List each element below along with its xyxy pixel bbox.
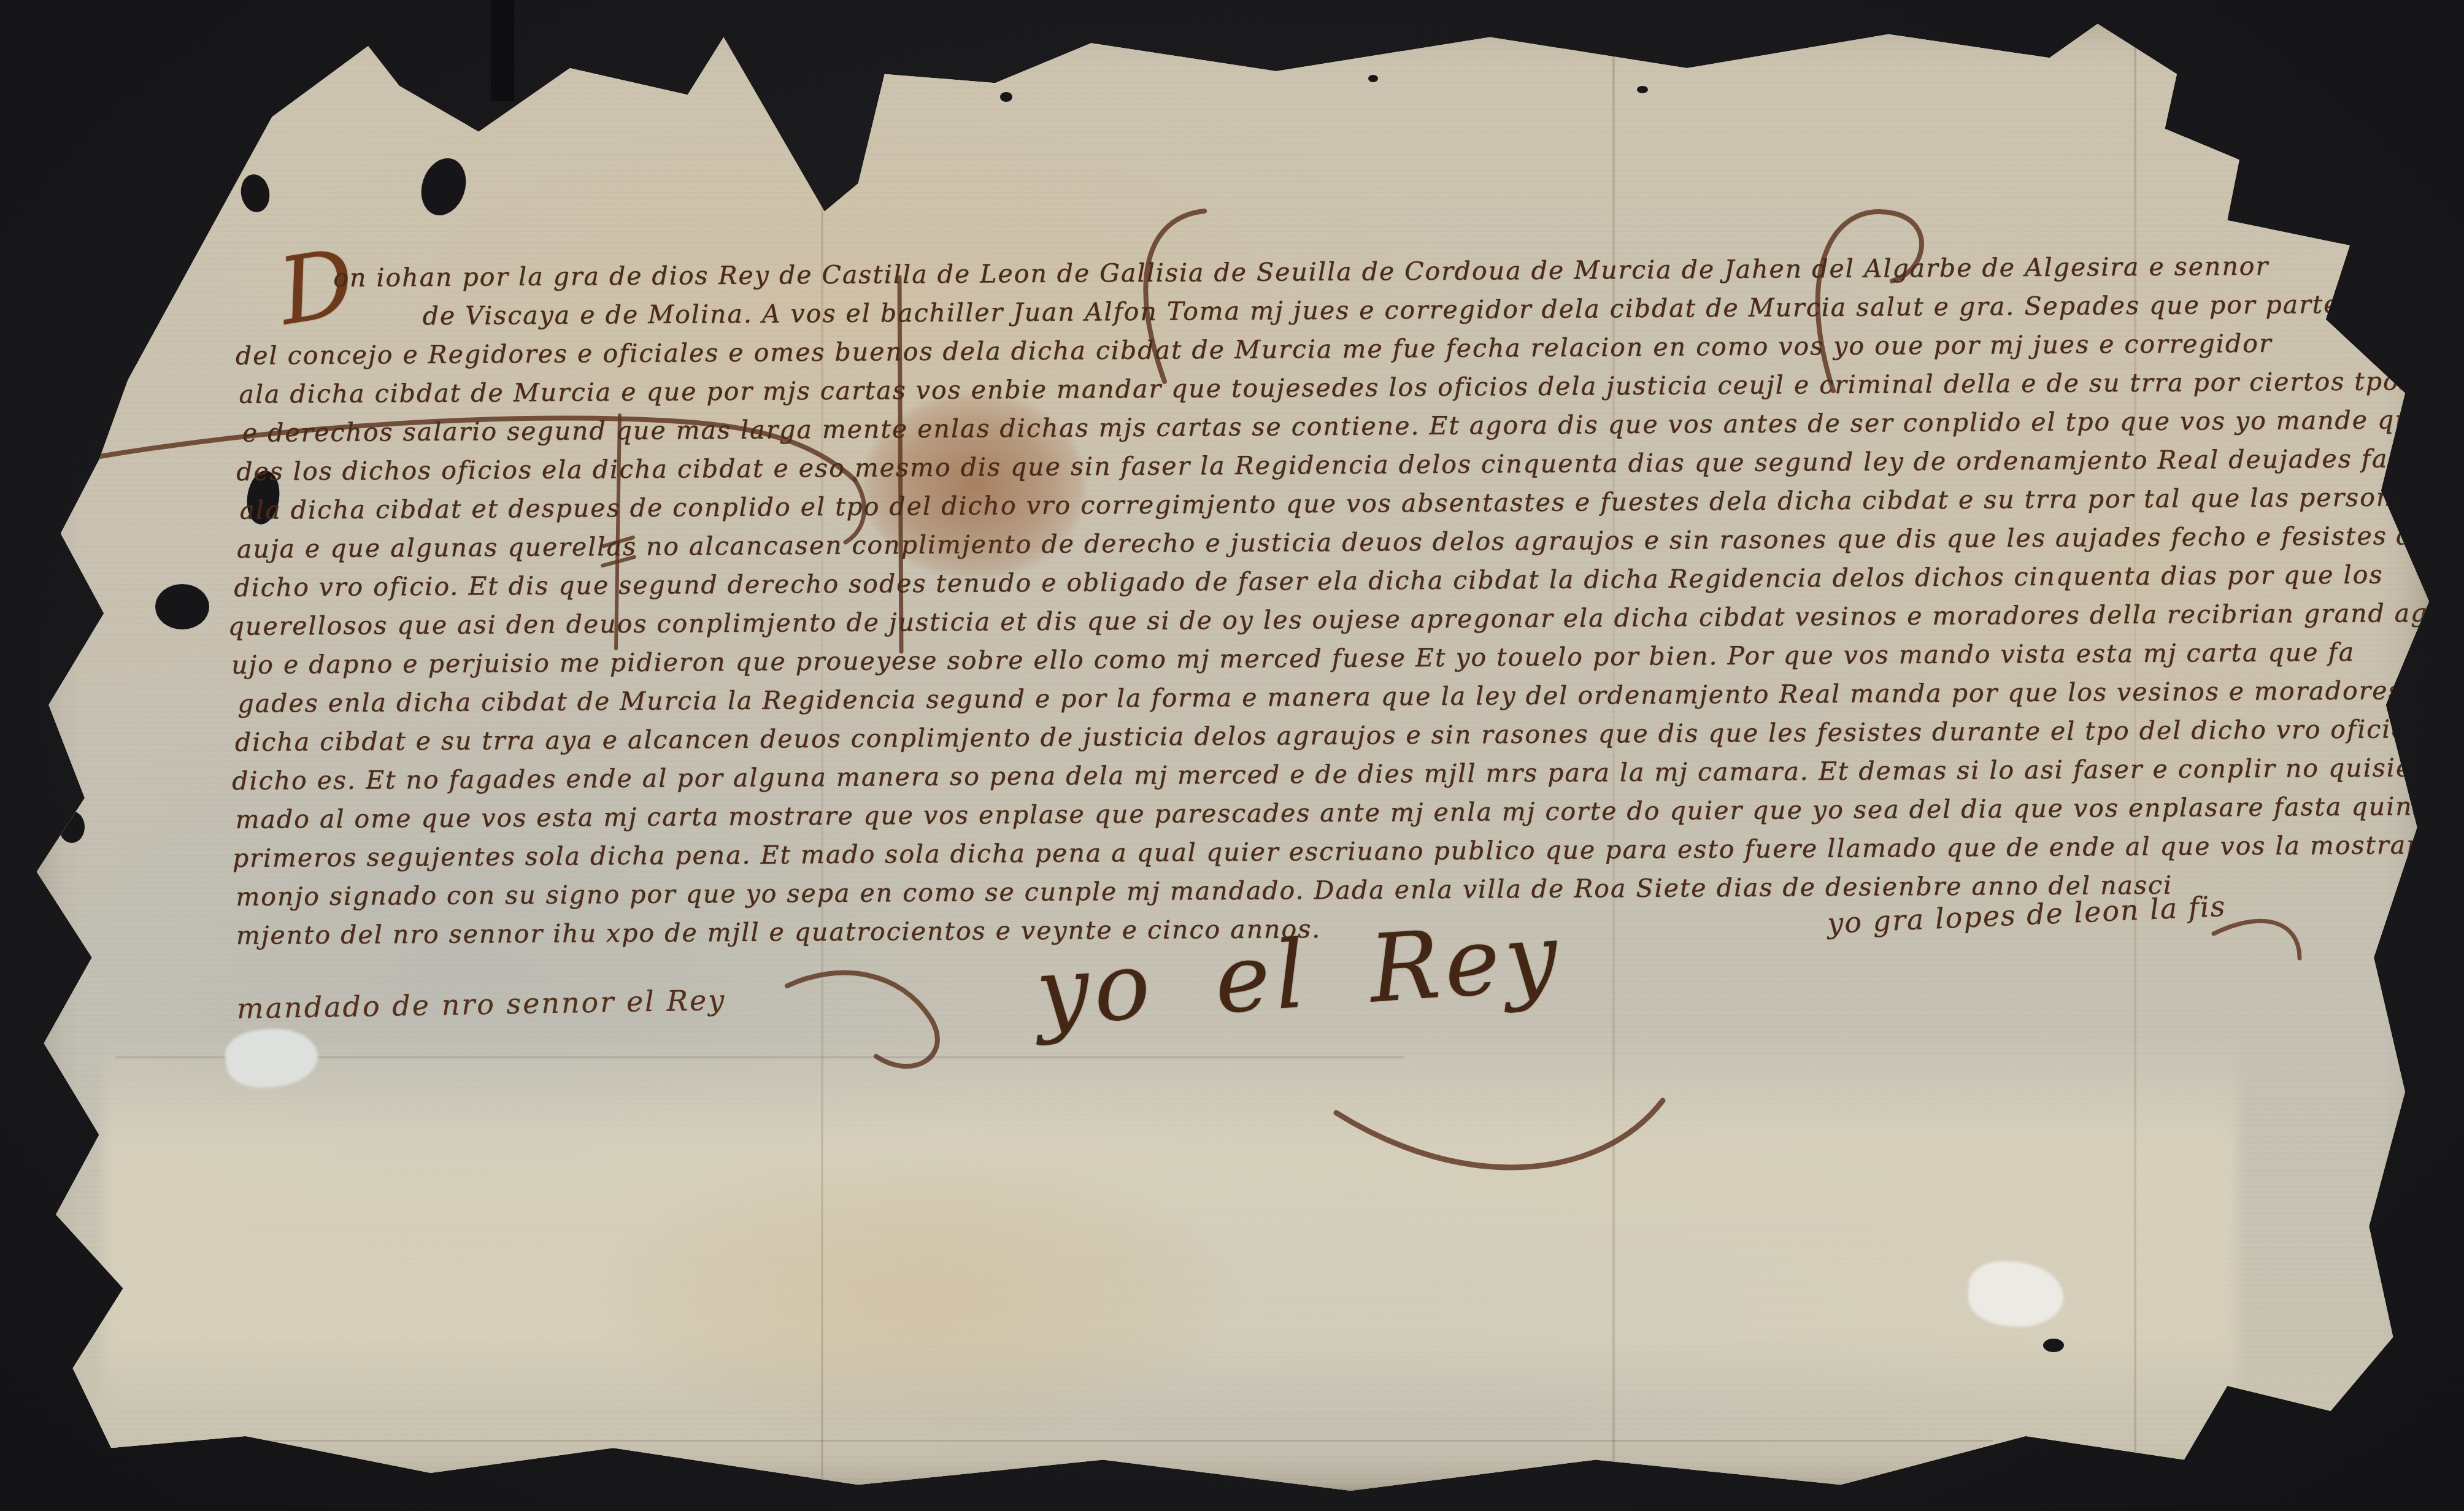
text-line: mado al ome que vos esta mj carta mostra… — [235, 791, 2464, 834]
text-line: gades enla dicha cibdat de Murcia la Reg… — [237, 675, 2464, 718]
text-line: de Viscaya e de Molina. A vos el bachill… — [422, 290, 2339, 331]
text-line: auja e que algunas querellas no alcancas… — [237, 520, 2464, 564]
text-line: ujo e dapno e perjuisio me pidieron que … — [231, 637, 2355, 680]
photo-background: { "scene": { "background_color": "#1a1a1… — [0, 0, 2464, 1511]
text-line: ala dicha cibdat et despues de conplido … — [239, 482, 2464, 525]
text-line: del concejo e Regidores e oficiales e om… — [236, 329, 2273, 371]
text-line: on iohan por la gra de dios Rey de Casti… — [333, 252, 2269, 293]
paper-hole — [26, 756, 61, 815]
manuscript-paper: D on iohan por la gra de dios Rey de Cas… — [29, 13, 2431, 1491]
text-line: dicho es. Et no fagades ende al por algu… — [232, 753, 2464, 796]
text-line: dicho vro oficio. Et dis que segund dere… — [234, 560, 2383, 602]
scanner-cradle-slot — [491, 0, 514, 101]
text-line: primeros segujentes sola dicha pena. Et … — [233, 829, 2464, 873]
text-line: dicha cibdat e su trra aya e alcancen de… — [235, 713, 2464, 756]
text-line: e derechos salario segund que mas larga … — [242, 404, 2464, 448]
text-block: on iohan por la gra de dios Rey de Casti… — [25, 6, 2436, 1498]
text-line: des los dichos oficios ela dicha cibdat … — [236, 444, 2431, 486]
text-line: ala dicha cibdat de Murcia e que por mjs… — [239, 366, 2414, 409]
text-line: querellosos que asi den deuos conplimjen… — [228, 598, 2458, 641]
